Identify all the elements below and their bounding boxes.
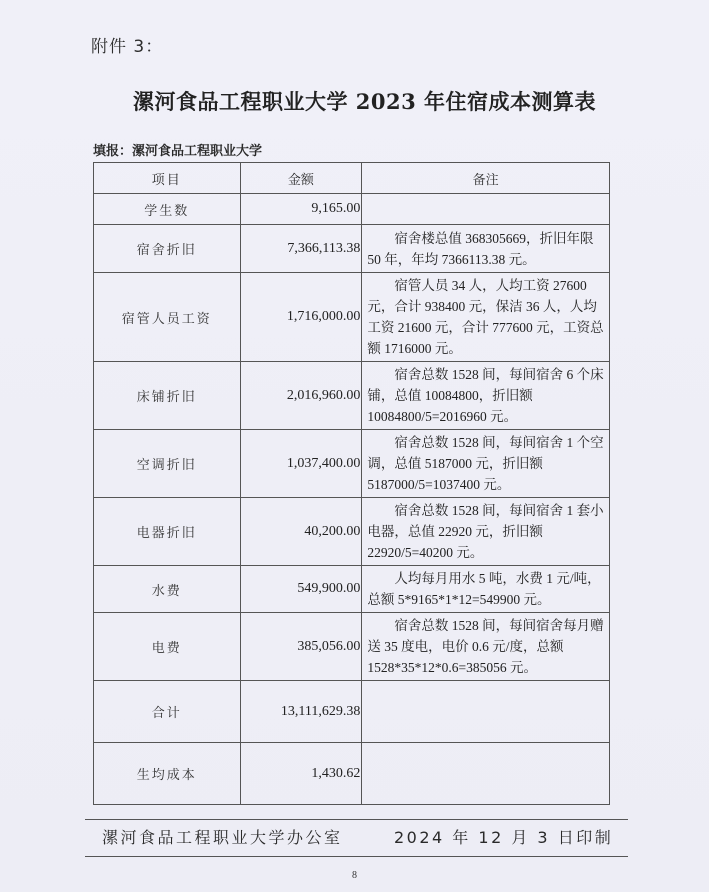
row-note: 宿舍总数 1528 间，每间宿舍每月赠送 35 度电，电价 0.6 元/度，总额… xyxy=(362,613,610,681)
row-item: 宿管人员工资 xyxy=(94,273,241,362)
column-header-note: 备注 xyxy=(362,163,610,194)
row-item: 生均成本 xyxy=(94,743,241,805)
row-amount: 7,366,113.38 xyxy=(240,225,362,273)
column-header-item: 项目 xyxy=(94,163,241,194)
footer-office: 漯河食品工程职业大学办公室 xyxy=(102,825,343,848)
row-amount: 2,016,960.00 xyxy=(240,362,362,430)
footer-bottom-rule xyxy=(85,856,628,857)
row-item: 空调折旧 xyxy=(94,430,241,498)
row-amount: 1,037,400.00 xyxy=(240,430,362,498)
row-note: 宿舍楼总值 368305669，折旧年限 50 年，年均 7366113.38 … xyxy=(362,225,610,273)
row-note xyxy=(362,681,610,743)
column-header-amount: 金额 xyxy=(240,163,362,194)
attachment-label: 附件 3： xyxy=(91,32,163,57)
table-row: 电费 385,056.00 宿舍总数 1528 间，每间宿舍每月赠送 35 度电… xyxy=(94,613,610,681)
table-row: 宿管人员工资 1,716,000.00 宿管人员 34 人，人均工资 27600… xyxy=(94,273,610,362)
row-item: 电器折旧 xyxy=(94,498,241,566)
row-note xyxy=(362,194,610,225)
row-note: 宿舍总数 1528 间，每间宿舍 6 个床铺，总值 10084800，折旧额 1… xyxy=(362,362,610,430)
row-amount: 9,165.00 xyxy=(240,194,362,225)
table-row: 合计 13,111,629.38 xyxy=(94,681,610,743)
row-note: 宿舍总数 1528 间，每间宿舍 1 套小电器，总值 22920 元，折旧额 2… xyxy=(362,498,610,566)
table-row: 电器折旧 40,200.00 宿舍总数 1528 间，每间宿舍 1 套小电器，总… xyxy=(94,498,610,566)
row-amount: 1,430.62 xyxy=(240,743,362,805)
table-row: 宿舍折旧 7,366,113.38 宿舍楼总值 368305669，折旧年限 5… xyxy=(94,225,610,273)
row-item: 合计 xyxy=(94,681,241,743)
row-item: 电费 xyxy=(94,613,241,681)
document-page: 附件 3： 漯河食品工程职业大学 2023 年住宿成本测算表 填报：漯河食品工程… xyxy=(0,0,709,892)
row-item: 床铺折旧 xyxy=(94,362,241,430)
page-number: 8 xyxy=(0,870,709,881)
table-row: 床铺折旧 2,016,960.00 宿舍总数 1528 间，每间宿舍 6 个床铺… xyxy=(94,362,610,430)
row-item: 学生数 xyxy=(94,194,241,225)
row-amount: 13,111,629.38 xyxy=(240,681,362,743)
table-row: 生均成本 1,430.62 xyxy=(94,743,610,805)
row-amount: 40,200.00 xyxy=(240,498,362,566)
document-title: 漯河食品工程职业大学 2023 年住宿成本测算表 xyxy=(0,86,709,116)
row-amount: 385,056.00 xyxy=(240,613,362,681)
cost-table: 项目 金额 备注 学生数 9,165.00 宿舍折旧 7,366,113.38 … xyxy=(93,162,610,805)
footer-print-date: 2024 年 12 月 3 日印制 xyxy=(394,825,613,848)
row-amount: 549,900.00 xyxy=(240,566,362,613)
table-row: 学生数 9,165.00 xyxy=(94,194,610,225)
row-amount: 1,716,000.00 xyxy=(240,273,362,362)
row-item: 宿舍折旧 xyxy=(94,225,241,273)
table-row: 水费 549,900.00 人均每月用水 5 吨，水费 1 元/吨，总额 5*9… xyxy=(94,566,610,613)
row-note: 宿舍总数 1528 间，每间宿舍 1 个空调，总值 5187000 元，折旧额 … xyxy=(362,430,610,498)
row-item: 水费 xyxy=(94,566,241,613)
row-note xyxy=(362,743,610,805)
table-row: 空调折旧 1,037,400.00 宿舍总数 1528 间，每间宿舍 1 个空调… xyxy=(94,430,610,498)
footer-top-rule xyxy=(85,819,628,820)
row-note: 人均每月用水 5 吨，水费 1 元/吨，总额 5*9165*1*12=54990… xyxy=(362,566,610,613)
table-header-row: 项目 金额 备注 xyxy=(94,163,610,194)
filler-unit: 填报：漯河食品工程职业大学 xyxy=(93,140,262,159)
row-note: 宿管人员 34 人，人均工资 27600 元，合计 938400 元，保洁 36… xyxy=(362,273,610,362)
